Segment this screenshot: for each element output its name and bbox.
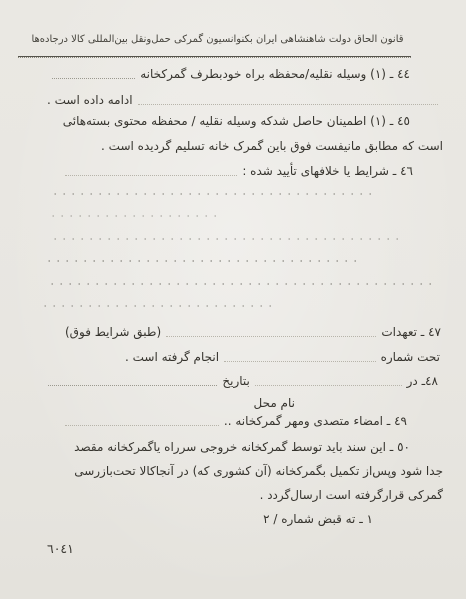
form-item-50-line2: جدا شود وپس‌از تکمیل بگمرکخانه (آن کشوری…: [34, 461, 443, 481]
form-item-50-line3: گمرکی قرارگرفته است ارسال‌گردد .: [260, 485, 443, 505]
form-item-47-line2: تحت شماره انجام گرفته است .: [47, 347, 440, 367]
item-45-text: ٤٥ ـ (١) اطمینان حاصل شدکه وسیله نقلیه /…: [63, 112, 410, 131]
item-50-end-text: گمرکی قرارگرفته است ارسال‌گردد .: [260, 486, 443, 505]
blank-ruled-line: [44, 305, 271, 307]
footnote-text: ١ ـ ته قبض شماره / ٢: [263, 510, 373, 529]
blank-ruled-line: [48, 215, 216, 217]
form-item-49: ٤٩ ـ امضاء متصدی ومهر گمرکخانه ..: [60, 411, 407, 431]
blank-ruled-line: [44, 260, 356, 262]
item-50-text: ٥٠ ـ این سند باید توسط گمرکخانه خروجی سر…: [74, 438, 410, 457]
blank-dotted-line: [52, 78, 135, 79]
item-46-text: ٤٦ ـ شرایط یا خلافهای تأیید شده :: [242, 162, 413, 181]
blank-dotted-line: [48, 385, 217, 386]
form-item-50-line1: ٥٠ ـ این سند باید توسط گمرکخانه خروجی سر…: [36, 437, 410, 457]
form-item-45-line1: ٤٥ ـ (١) اطمینان حاصل شدکه وسیله نقلیه /…: [36, 111, 410, 131]
form-item-44-line1: ٤٤ ـ (١) وسیله نقلیه/محفظه براه خودبطرف …: [47, 64, 410, 84]
item-47-note: (طبق شرایط فوق): [65, 323, 161, 342]
blank-dotted-line: [255, 385, 402, 386]
blank-dotted-line: [166, 336, 376, 337]
item-45-continued-text: است که مطابق مانیفست فوق باین گمرک خانه …: [101, 137, 443, 156]
blank-dotted-line: [224, 361, 376, 362]
footnote: ١ ـ ته قبض شماره / ٢: [263, 509, 373, 529]
form-item-45-line2: است که مطابق مانیفست فوق باین گمرک خانه …: [36, 136, 443, 156]
blank-dotted-line: [65, 425, 219, 426]
form-item-48-place: نام محل: [253, 393, 295, 413]
blank-dotted-line: [138, 104, 438, 105]
item-50-continued-text: جدا شود وپس‌از تکمیل بگمرکخانه (آن کشوری…: [74, 462, 443, 481]
item-48-date-label: بتاریخ: [222, 372, 250, 391]
running-head-title: قانون الحاق دولت شاهنشاهی ایران بکنوانسی…: [24, 32, 411, 48]
item-47-done-text: انجام گرفته است .: [125, 348, 219, 367]
item-44-text: ٤٤ ـ (١) وسیله نقلیه/محفظه براه خودبطرف …: [140, 65, 410, 84]
blank-ruled-line: [48, 193, 371, 195]
item-49-text: ٤٩ ـ امضاء متصدی ومهر گمرکخانه ..: [224, 412, 407, 431]
item-48-label: ٤٨ـ در: [407, 372, 438, 391]
item-47-label: ٤٧ ـ تعهدات: [381, 323, 441, 342]
form-item-47-line1: ٤٧ ـ تعهدات (طبق شرایط فوق): [65, 322, 441, 342]
form-item-46: ٤٦ ـ شرایط یا خلافهای تأیید شده :: [60, 161, 413, 181]
blank-dotted-line: [65, 175, 237, 176]
form-item-48: ٤٨ـ در بتاریخ: [43, 371, 438, 391]
form-item-44-line2: ادامه داده است .: [47, 90, 443, 110]
blank-ruled-line: [48, 238, 398, 240]
item-44-continued-text: ادامه داده است .: [47, 91, 133, 110]
header-divider-rule: [18, 56, 411, 58]
scanned-document-page: قانون الحاق دولت شاهنشاهی ایران بکنوانسی…: [0, 0, 466, 599]
item-47-under-number-label: تحت شماره: [381, 348, 440, 367]
blank-ruled-line: [44, 283, 431, 285]
page-number: ٦٠٤١: [47, 541, 74, 556]
